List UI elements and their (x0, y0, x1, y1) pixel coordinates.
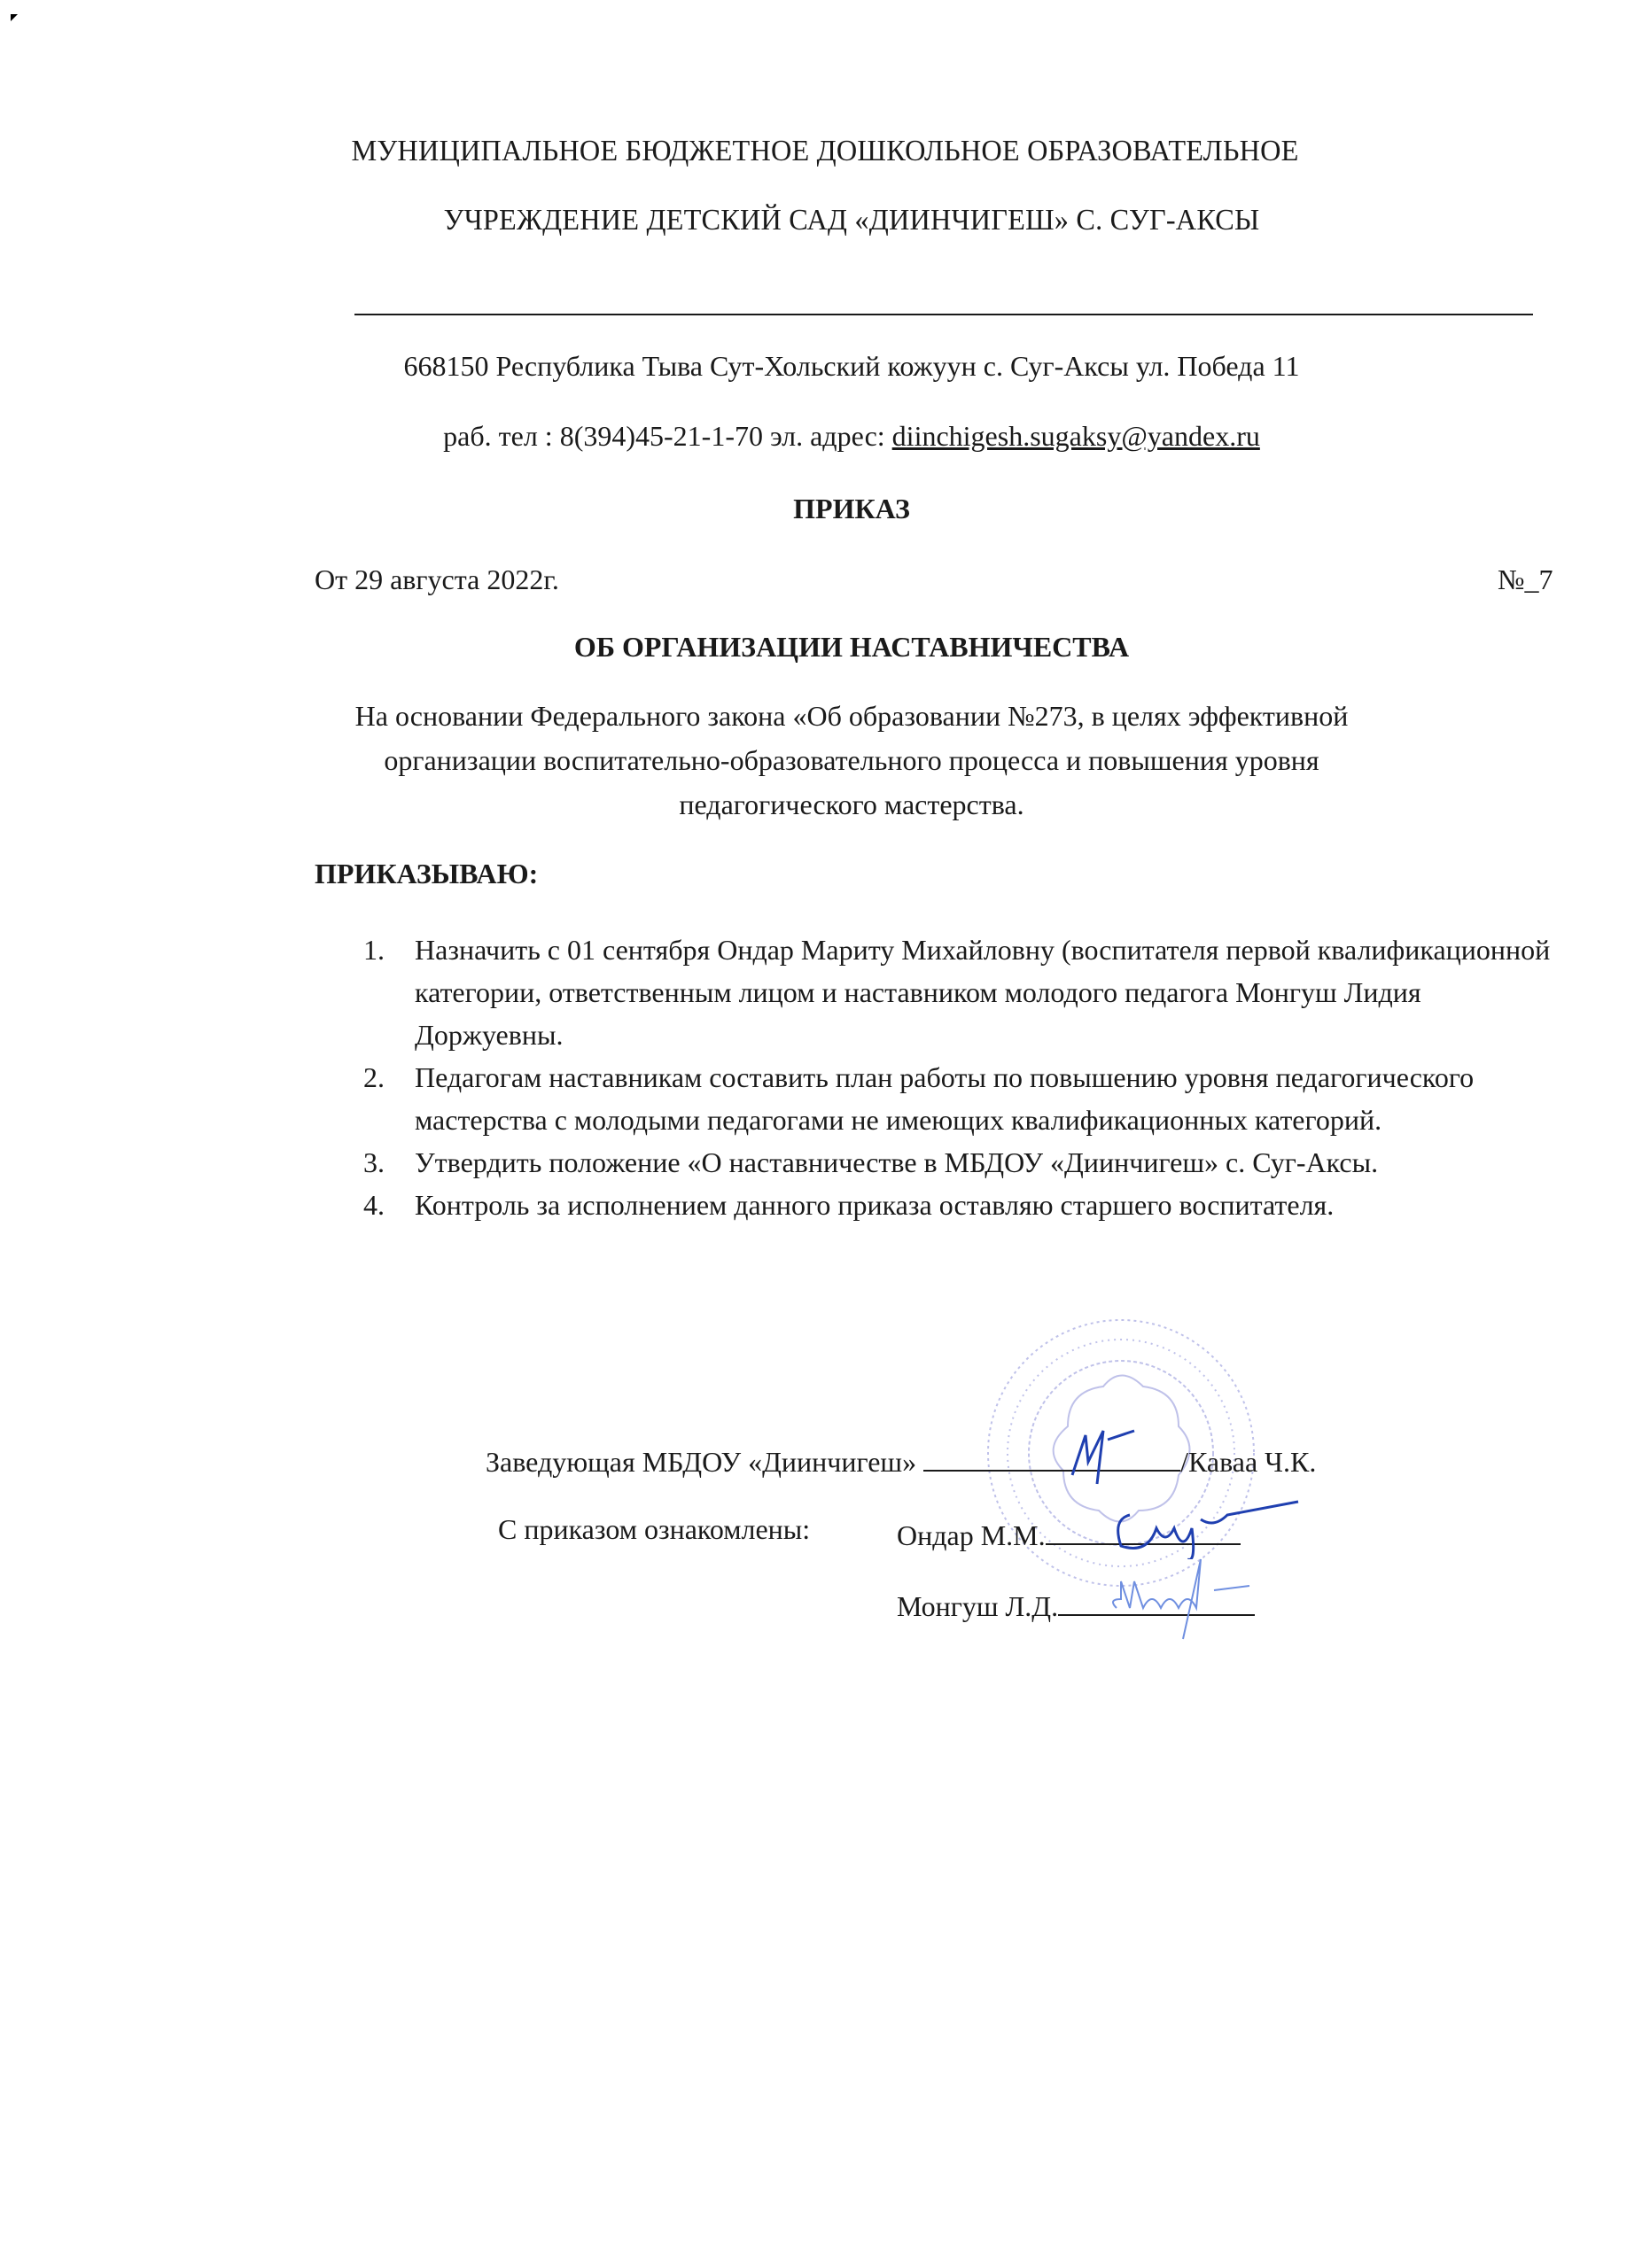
doc-type-title: ПРИКАЗ (53, 493, 1650, 525)
order-item: 3. Утвердить положение «О наставничестве… (354, 1141, 1560, 1184)
org-name-line-2: УЧРЕЖДЕНИЕ ДЕТСКИЙ САД «ДИИНЧИГЕШ» С. СУ… (93, 204, 1610, 237)
head-signature (1055, 1413, 1152, 1493)
letterhead-divider (354, 314, 1533, 315)
scan-mark (11, 14, 18, 21)
ack-name: Монгуш Л.Д. (897, 1590, 1058, 1622)
item-text: Назначить с 01 сентября Ондар Мариту Мих… (415, 934, 1550, 1051)
order-item: 1. Назначить с 01 сентября Ондар Мариту … (354, 928, 1560, 1056)
item-number: 4. (363, 1184, 385, 1226)
preamble-line-2: организации воспитательно-образовательно… (53, 744, 1650, 777)
order-item: 2. Педагогам наставникам составить план … (354, 1056, 1560, 1141)
document-page: МУНИЦИПАЛЬНОЕ БЮДЖЕТНОЕ ДОШКОЛЬНОЕ ОБРАЗ… (0, 0, 1650, 2268)
ondar-signature (1103, 1497, 1316, 1559)
head-signature-row: Заведующая МБДОУ «Диинчигеш» /Каваа Ч.К. (486, 1440, 1316, 1479)
item-number: 1. (363, 928, 385, 971)
email-link[interactable]: diinchigesh.sugaksy@yandex.ru (892, 420, 1260, 452)
order-directive: ПРИКАЗЫВАЮ: (315, 858, 538, 890)
preamble-line-3: педагогического мастерства. (53, 788, 1650, 821)
mongush-signature (1099, 1555, 1303, 1643)
org-name-line-1: МУНИЦИПАЛЬНОЕ БЮДЖЕТНОЕ ДОШКОЛЬНОЕ ОБРАЗ… (42, 135, 1609, 168)
ack-name: Ондар М.М. (897, 1519, 1046, 1551)
item-text: Педагогам наставникам составить план раб… (415, 1061, 1474, 1136)
contact-phone: раб. тел : 8(394)45-21-1-70 эл. адрес: (443, 420, 892, 452)
preamble-line-1: На основании Федерального закона «Об обр… (53, 700, 1650, 733)
head-title: Заведующая МБДОУ «Диинчигеш» (486, 1446, 916, 1478)
acknowledged-label: С приказом ознакомлены: (498, 1513, 810, 1546)
item-text: Контроль за исполнением данного приказа … (415, 1189, 1334, 1221)
item-number: 2. (363, 1056, 385, 1099)
order-date: От 29 августа 2022г. (315, 563, 559, 596)
order-items: 1. Назначить с 01 сентября Ондар Мариту … (354, 928, 1560, 1226)
head-name: /Каваа Ч.К. (1180, 1446, 1316, 1478)
order-item: 4. Контроль за исполнением данного прика… (354, 1184, 1560, 1226)
item-number: 3. (363, 1141, 385, 1184)
item-text: Утвердить положение «О наставничестве в … (415, 1146, 1378, 1178)
order-subject: ОБ ОРГАНИЗАЦИИ НАСТАВНИЧЕСТВА (53, 631, 1650, 664)
order-number: №_7 (1498, 563, 1553, 596)
org-address: 668150 Республика Тыва Сут-Хольский кожу… (53, 350, 1650, 383)
org-contacts: раб. тел : 8(394)45-21-1-70 эл. адрес: d… (53, 420, 1650, 453)
